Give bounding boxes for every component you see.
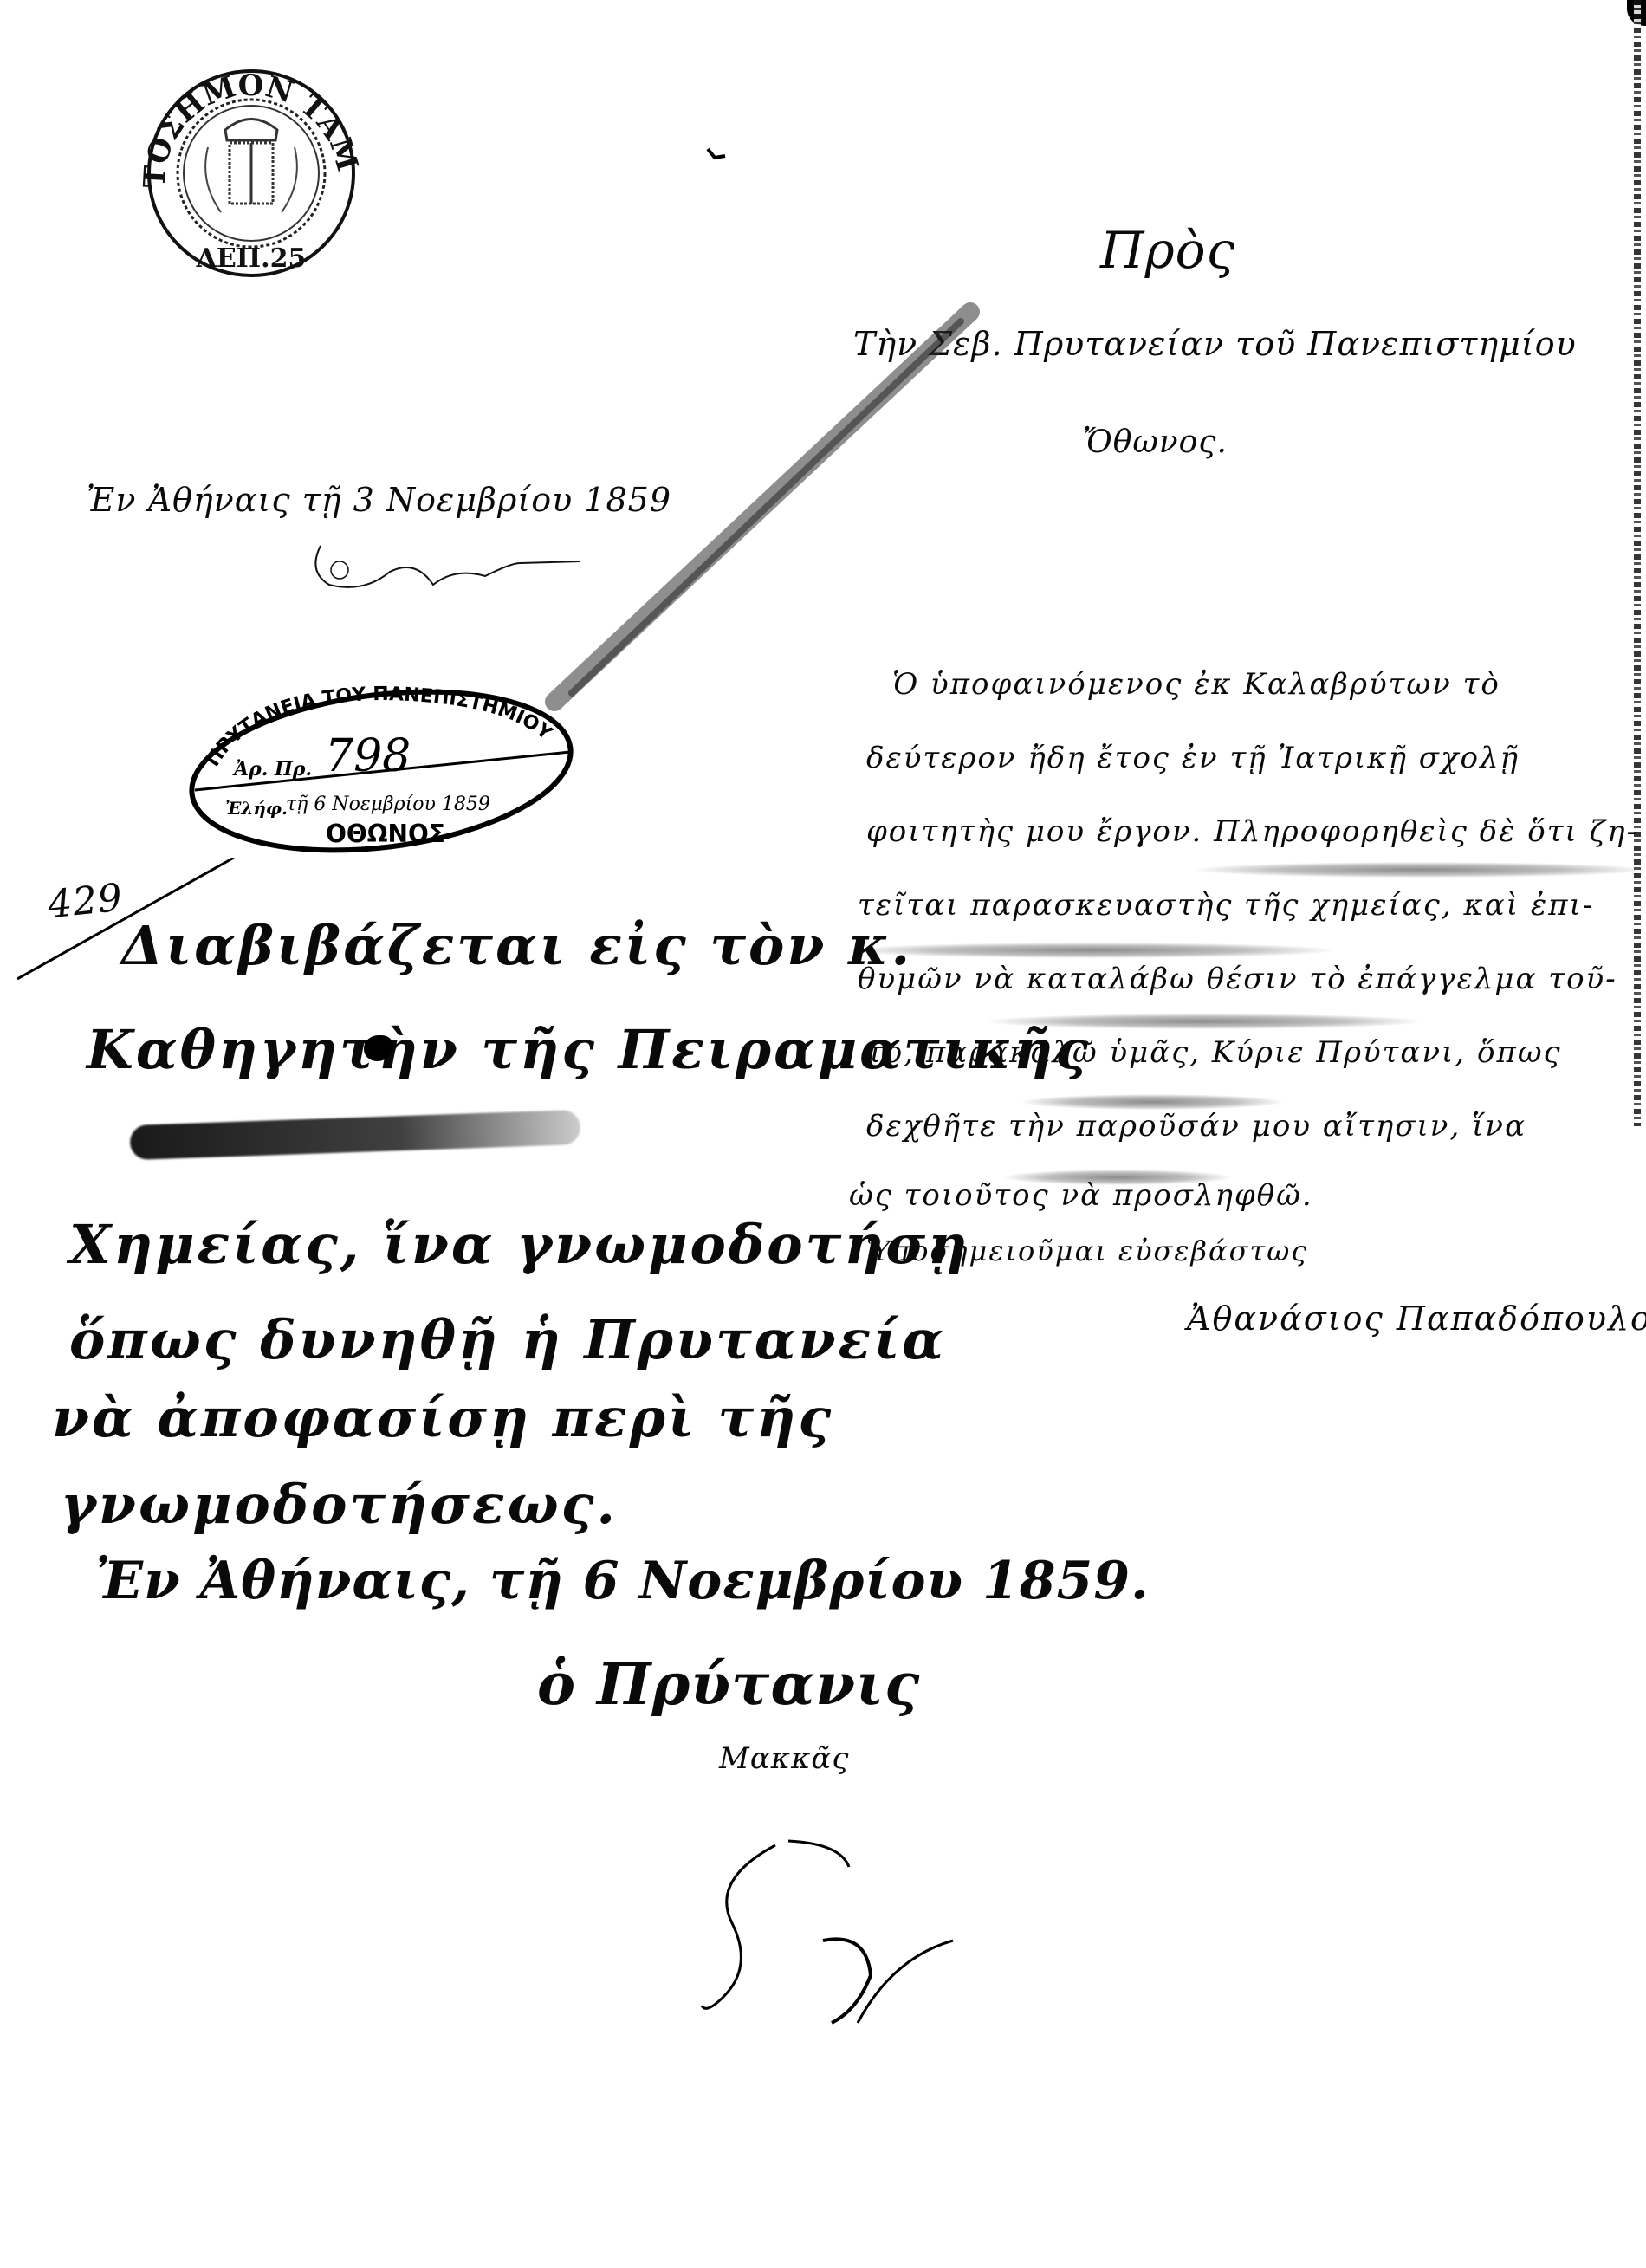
resolution-line: ὅπως δυνηθῇ ἡ Πρυτανεία — [69, 1308, 946, 1371]
resolution-date: Ἐν Ἀθήναις, τῇ 6 Νοεμβρίου 1859. — [95, 1551, 1150, 1611]
document-page: ΧΑΡΤΟΣΗΜΟΝ ΤΑΜΕΙΟΥ ΛΕΠ.25 Πρὸς Τὴν Σεβ. … — [0, 0, 1646, 2268]
registry-number-label: Ἀρ. Πρ. — [232, 758, 312, 781]
revenue-stamp-icon: ΧΑΡΤΟΣΗΜΟΝ ΤΑΜΕΙΟΥ ΛΕΠ.25 — [139, 61, 364, 286]
letter-line: δεχθῆτε τὴν παροῦσάν μου αἴτησιν, ἵνα — [866, 1109, 1526, 1144]
pencil-underline — [1196, 862, 1646, 878]
letter-line: θυμῶν νὰ καταλάβω θέσιν τὸ ἐπάγγελμα τοῦ… — [858, 962, 1617, 996]
recipient-line: Τὴν Σεβ. Πρυτανείαν τοῦ Πανεπιστημίου — [853, 325, 1577, 363]
registry-number: 798 — [325, 730, 411, 782]
date-line: Ἐν Ἀθήναις τῇ 3 Νοεμβρίου 1859 — [87, 481, 671, 519]
resolution-line: γνωμοδοτήσεως. — [61, 1473, 618, 1536]
registry-date-value: τῇ 6 Νοεμβρίου 1859 — [286, 794, 490, 815]
resolution-signatory-name: Μακκᾶς — [719, 1741, 849, 1776]
revenue-stamp-value: ΛΕΠ.25 — [196, 243, 307, 274]
flourish-icon — [312, 537, 589, 598]
resolution-line: νὰ ἀποφασίσῃ περὶ τῆς — [52, 1386, 833, 1449]
resolution-line: Διαβιβάζεται εἰς τὸν κ. — [121, 914, 912, 977]
pencil-underline — [849, 943, 1334, 958]
pencil-underline — [1005, 1170, 1230, 1185]
salutation-heading: Πρὸς — [1100, 221, 1235, 280]
registry-stamp-bottom-text: ΟΘΩΝΟΣ — [326, 820, 445, 848]
sender-signature: Ἀθανάσιος Παπαδόπουλος — [1187, 1299, 1646, 1338]
resolution-line: Καθηγητὴν τῆς Πειραματικῆς — [87, 1018, 1091, 1081]
recipient-city: Ὄθωνος. — [1083, 424, 1228, 460]
strikethrough-mark — [129, 1110, 580, 1160]
registry-date-label: Ἐλήφ. — [225, 798, 288, 819]
initials-mark — [693, 1837, 970, 2027]
registry-stamp-icon: ΠΡΥΤΑΝΕΙΑ ΤΟΥ ΠΑΝΕΠΙΣΤΗΜΙΟΥ Ἀρ. Πρ. 798 … — [182, 684, 580, 858]
resolution-signatory: ὁ Πρύτανις — [537, 1650, 920, 1718]
letter-line: Ὁ ὑποφαινόμενος ἐκ Καλαβρύτων τὸ — [892, 667, 1500, 702]
letter-line: δεύτερον ἤδη ἔτος ἐν τῇ Ἰατρικῇ σχολῇ — [866, 741, 1520, 775]
resolution-line: Χημείας, ἵνα γνωμοδοτήσῃ — [69, 1213, 969, 1276]
letter-line: τεῖται παρασκευαστὴς τῆς χημείας, καὶ ἐπ… — [858, 888, 1594, 923]
scan-edge-right — [1634, 0, 1641, 1126]
ink-mark-icon — [706, 147, 732, 165]
pencil-underline — [1022, 1094, 1282, 1110]
letter-line: φοιτητὴς μου ἔργον. Πληροφορηθεὶς δὲ ὅτι… — [866, 814, 1638, 849]
